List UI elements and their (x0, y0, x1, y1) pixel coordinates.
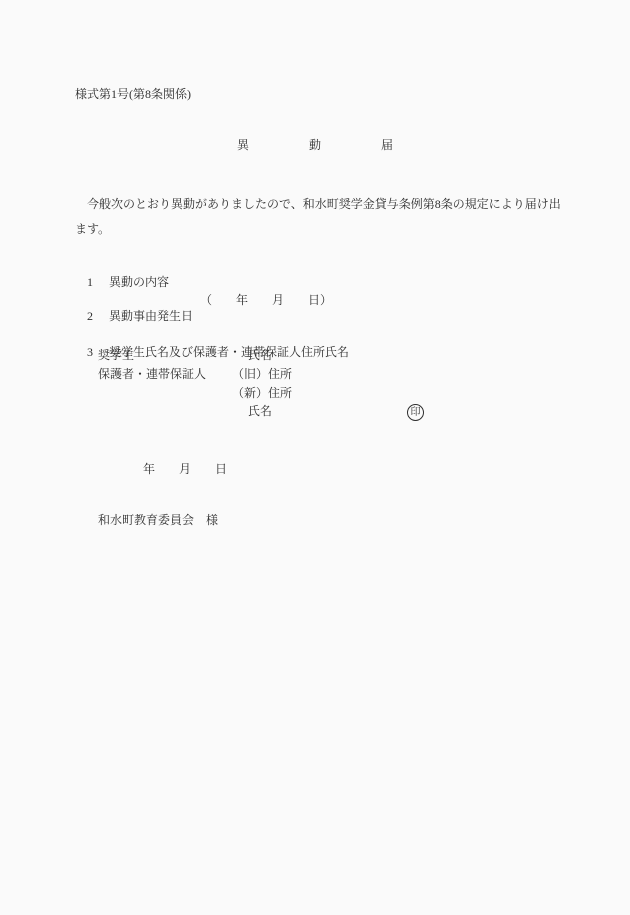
seal-character: 印 (411, 408, 421, 418)
document-title: 異 動 届 (0, 137, 630, 153)
guardian-name-field-label: 氏名 (248, 403, 272, 419)
scholar-name-field-label: 氏名 (248, 347, 272, 363)
guardian-label: 保護者・連帯保証人 (98, 366, 206, 382)
scholar-label: 奨学生 (98, 347, 134, 363)
form-number: 様式第1号(第8条関係) (75, 86, 191, 102)
seal-mark-icon: 印 (407, 404, 424, 421)
new-address-field-label: （新）住所 (232, 385, 292, 401)
item-1-number: 1 (87, 274, 109, 290)
old-address-field-label: （旧）住所 (232, 366, 292, 382)
submission-date-line: 年 月 日 (143, 461, 227, 477)
item-2-date-blank: （ 年 月 日） (200, 292, 332, 308)
item-2-label: 異動事由発生日 (109, 309, 193, 323)
guardian-old-address-row: 保護者・連帯保証人 （旧）住所 (0, 366, 630, 385)
document-page: 様式第1号(第8条関係) 異 動 届 今般次のとおり異動がありましたので、和水町… (0, 0, 630, 915)
scholar-name-row: 奨学生 氏名 (0, 347, 630, 366)
guardian-new-address-row: （新）住所 (0, 385, 630, 404)
item-1-label: 異動の内容 (109, 275, 169, 289)
body-paragraph: 今般次のとおり異動がありましたので、和水町奨学金貸与条例第8条の規定により届け出… (75, 192, 565, 242)
item-2-number: 2 (87, 308, 109, 324)
guardian-name-row: 氏名 印 (0, 403, 630, 422)
recipient-line: 和水町教育委員会 様 (98, 512, 218, 528)
